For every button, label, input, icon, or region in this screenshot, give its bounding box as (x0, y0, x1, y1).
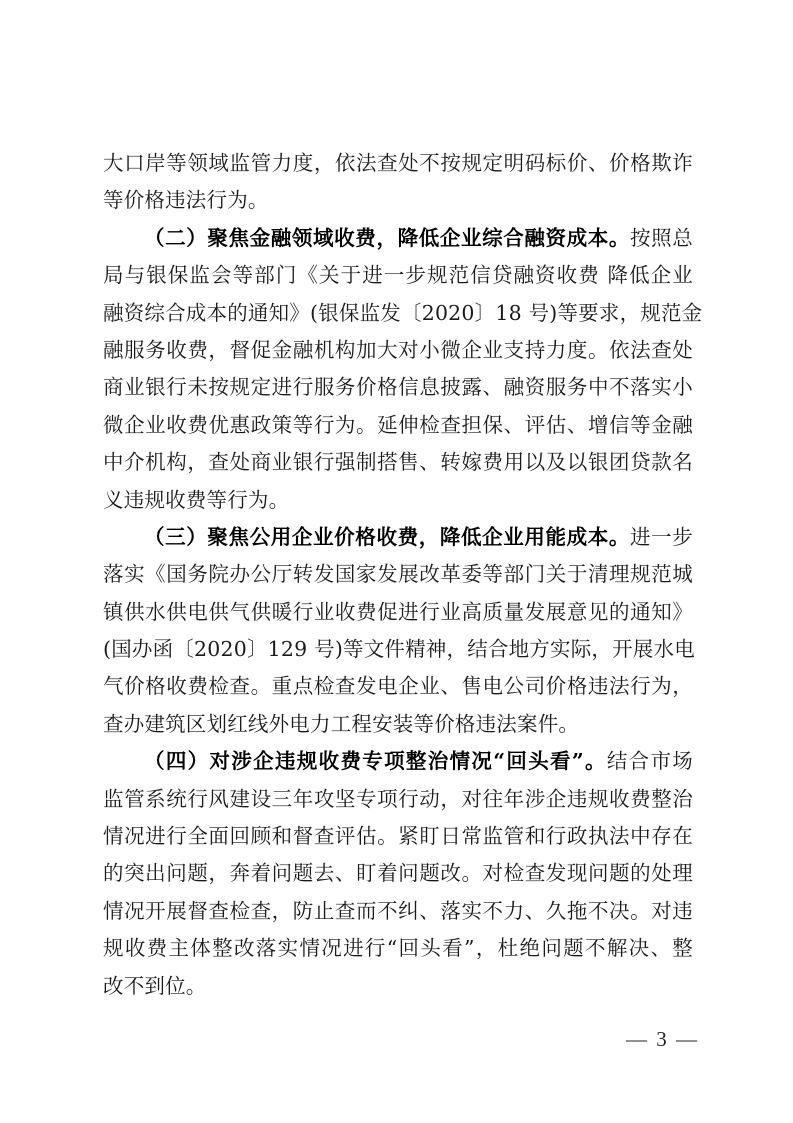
text-line: 监管系统行风建设三年攻坚专项行动，对往年涉企违规收费整治 (103, 781, 693, 818)
text-line: 中介机构，查处商业银行强制搭售、转嫁费用以及以银团贷款名 (103, 444, 693, 481)
text-line: 义违规收费等行为。 (103, 482, 693, 519)
text-line: 改不到位。 (103, 968, 693, 1005)
text-line: 等价格违法行为。 (103, 182, 693, 219)
text-line: 情况开展督查检查，防止查而不纠、落实不力、久拖不决。对违 (103, 893, 693, 930)
text-line: 落实《国务院办公厅转发国家发展改革委等部门关于清理规范城 (103, 556, 693, 593)
section-heading-line: （四）对涉企违规收费专项整治情况“回头看”。结合市场 (103, 743, 693, 780)
text-line: 气价格收费检查。重点检查发电企业、售电公司价格违法行为， (103, 668, 693, 705)
text-line: 商业银行未按规定进行服务价格信息披露、融资服务中不落实小 (103, 369, 693, 406)
text-line: 融服务收费，督促金融机构加大对小微企业支持力度。依法查处 (103, 332, 693, 369)
text-line: 大口岸等领域监管力度，依法查处不按规定明码标价、价格欺诈 (103, 145, 693, 182)
text-line: (国办函〔2020〕129 号)等文件精神，结合地方实际，开展水电 (103, 631, 693, 668)
text-line: 局与银保监会等部门《关于进一步规范信贷融资收费 降低企业 (103, 257, 693, 294)
text-line: 的突出问题，奔着问题去、盯着问题改。对检查发现问题的处理 (103, 855, 693, 892)
text-line: 查办建筑区划红线外电力工程安装等价格违法案件。 (103, 706, 693, 743)
document-page: 大口岸等领域监管力度，依法查处不按规定明码标价、价格欺诈 等价格违法行为。 （二… (0, 0, 793, 1123)
text-line: 情况进行全面回顾和督查评估。紧盯日常监管和行政执法中存在 (103, 818, 693, 855)
section-heading-line: （三）聚焦公用企业价格收费，降低企业用能成本。进一步 (103, 519, 693, 556)
section-heading-line: （二）聚焦金融领域收费，降低企业综合融资成本。按照总 (103, 220, 693, 257)
document-body: 大口岸等领域监管力度，依法查处不按规定明码标价、价格欺诈 等价格违法行为。 （二… (103, 145, 693, 1005)
section-heading: （二）聚焦金融领域收费，降低企业综合融资成本。 (144, 226, 630, 250)
section-heading: （四）对涉企违规收费专项整治情况“回头看”。 (144, 749, 607, 773)
text-line: 规收费主体整改落实情况进行“回头看”，杜绝问题不解决、整 (103, 930, 693, 967)
text-line: 融资综合成本的通知》(银保监发〔2020〕18 号)等要求，规范金 (103, 295, 693, 332)
page-number: — 3 — (626, 1027, 699, 1052)
text-line: 镇供水供电供气供暖行业收费促进行业高质量发展意见的通知》 (103, 594, 693, 631)
text-line: 微企业收费优惠政策等行为。延伸检查担保、评估、增信等金融 (103, 407, 693, 444)
section-heading: （三）聚焦公用企业价格收费，降低企业用能成本。 (144, 525, 630, 549)
